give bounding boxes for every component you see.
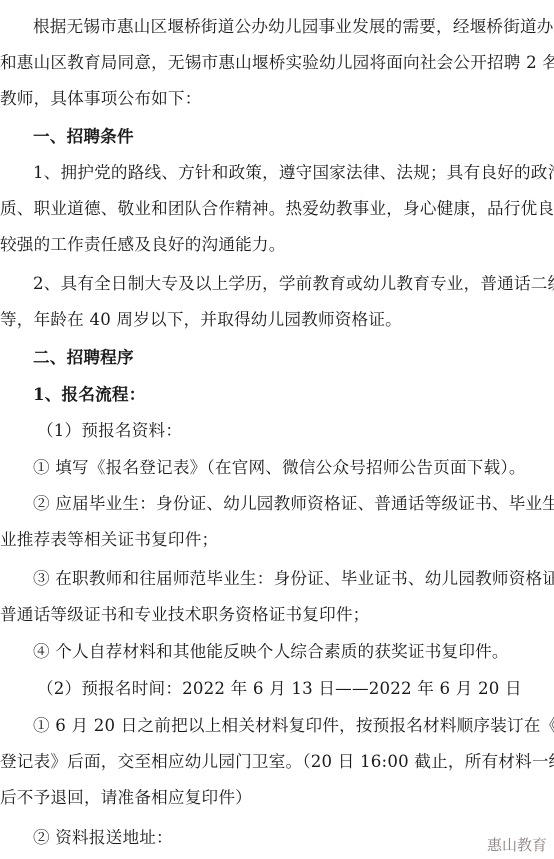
watermark-huishan-education: 惠山教育 — [487, 834, 547, 855]
section-heading-procedure: 二、招聘程序 — [33, 347, 134, 367]
material-item-3-line-1: ③ 在职教师和往届师范毕业生：身份证、毕业证书、幼儿园教师资格证、 — [33, 569, 554, 589]
condition-1-line-1: 1、拥护党的路线、方针和政策，遵守国家法律、法规；具有良好的政治素 — [33, 163, 554, 183]
intro-line-2: 和惠山区教育局同意，无锡市惠山堰桥实验幼儿园将面向社会公开招聘 2 名编外 — [0, 53, 554, 73]
section-heading-conditions: 一、招聘条件 — [33, 126, 134, 146]
condition-1-line-3: 较强的工作责任感及良好的沟通能力。 — [0, 235, 286, 255]
condition-1-line-2: 质、职业道德、敬业和团队合作精神。热爱幼教事业，身心健康，品行优良，有 — [0, 199, 554, 219]
submission-item-1-line-3: 后不予退回，请准备相应复印件） — [0, 788, 252, 808]
pre-registration-time: （2）预报名时间：2022 年 6 月 13 日——2022 年 6 月 20 … — [37, 679, 522, 699]
submission-item-1-line-2: 登记表》后面，交至相应幼儿园门卫室。（20 日 16:00 截止，所有材料一经收… — [0, 752, 554, 772]
submission-address-label: ② 资料报送地址： — [33, 828, 173, 848]
pre-registration-materials-heading: （1）预报名资料： — [37, 421, 182, 441]
intro-line-1: 根据无锡市惠山区堰桥街道公办幼儿园事业发展的需要，经堰桥街道办事处 — [33, 17, 554, 37]
condition-2-line-1: 2、具有全日制大专及以上学历，学前教育或幼儿教育专业，普通话二级甲 — [33, 274, 554, 294]
material-item-2-line-1: ② 应届毕业生：身份证、幼儿园教师资格证、普通话等级证书、毕业生就 — [33, 494, 554, 514]
intro-line-3: 教师，具体事项公布如下： — [0, 89, 202, 109]
material-item-2-line-2: 业推荐表等相关证书复印件； — [0, 530, 218, 550]
material-item-1: ① 填写《报名登记表》（在官网、微信公众号招师公告页面下载）。 — [33, 458, 526, 478]
subsection-heading-registration: 1、报名流程： — [33, 384, 146, 404]
submission-item-1-line-1: ① 6 月 20 日之前把以上相关材料复印件，按预报名材料顺序装订在《报名 — [33, 716, 554, 736]
condition-2-line-2: 等，年龄在 40 周岁以下，并取得幼儿园教师资格证。 — [0, 310, 402, 330]
material-item-4: ④ 个人自荐材料和其他能反映个人综合素质的获奖证书复印件。 — [33, 642, 509, 662]
material-item-3-line-2: 普通话等级证书和专业技术职务资格证书复印件； — [0, 605, 369, 625]
